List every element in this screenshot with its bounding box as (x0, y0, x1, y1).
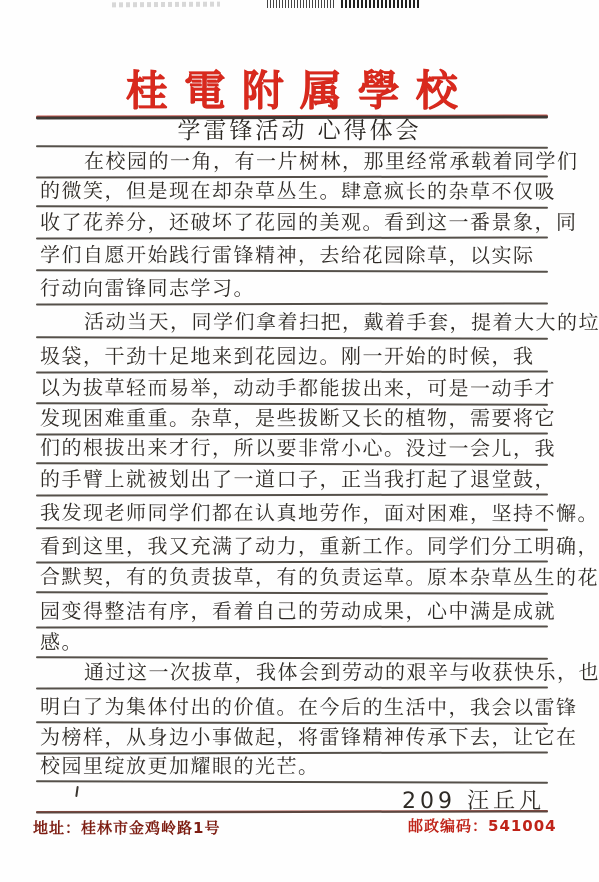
essay-line: 行动向雷锋同志学习。 (40, 275, 255, 301)
stray-pen-mark (75, 786, 79, 797)
barcode-artifact (267, 0, 335, 8)
essay-line: 以为拔草轻而易举，动动手都能拔出来，可是一动手才 (40, 375, 556, 402)
essay-line: 园变得整洁有序，看着自己的劳动成果，心中满是成就 (40, 598, 556, 624)
scanned-essay-page: 桂電附属學校 学雷锋活动 心得体会 在校园的一角，有一片树林，那里经常承载着同学… (0, 0, 599, 882)
essay-line: 发现困难重重。杂草，是些拔断又长的植物，需要将它 (40, 405, 556, 431)
essay-line: 的手臂上就被划出了一道口子，正当我打起了退堂鼓， (40, 466, 556, 492)
ruled-line (36, 686, 548, 689)
ruled-line (36, 591, 548, 595)
essay-line: 们的根拔出来才行，所以要非常小心。没过一会儿，我 (40, 435, 556, 462)
essay-line: 我发现老师同学们都在认真地劳作，面对困难，坚持不懈。 (40, 500, 599, 527)
footer-postcode: 邮政编码：541004 (408, 815, 557, 836)
ruled-line (36, 527, 548, 531)
essay-line: 校园里绽放更加耀眼的光芒。 (40, 753, 320, 779)
ruled-line (36, 625, 548, 628)
essay-line: 感。 (40, 629, 83, 655)
essay-title: 学雷锋活动 心得体会 (0, 118, 599, 144)
essay-line: 合默契，有的负责拔草，有的负责运草。原本杂草丛生的花 (40, 564, 599, 591)
essay-line: 圾袋，干劲十足地来到花园边。刚一开始的时候，我 (40, 343, 535, 369)
essay-line: 明白了为集体付出的价值。在今后的生活中，我会以雷锋 (40, 694, 578, 721)
essay-line: 的微笑，但是现在却杂草丛生。肆意疯长的杂草不仅吸 (40, 178, 556, 205)
school-name-letterhead: 桂電附属學校 (0, 58, 599, 118)
essay-line: 活动当天，同学们拿着扫把，戴着手套，提着大大的垃 (84, 309, 599, 336)
ruled-line (36, 236, 548, 239)
essay-line: 看到这里，我又充满了动力，重新工作。同学们分工明确，配 (40, 533, 599, 559)
ruled-line (36, 269, 548, 273)
ruled-line (36, 370, 548, 373)
ruled-line (36, 336, 548, 340)
essay-line: 为榜样，从身边小事做起，将雷锋精神传承下去，让它在 (40, 724, 578, 750)
ruled-line (36, 302, 548, 305)
footer-address: 地址：桂林市金鸡岭路1号 (33, 817, 220, 838)
ruled-line (36, 493, 548, 496)
essay-line: 学们自愿开始践行雷锋精神，去给花园除草，以实际 (40, 242, 535, 269)
signature: 209 汪丘凡 (402, 784, 545, 815)
essay-line: 在校园的一角，有一片树林，那里经常承载着同学们 (84, 148, 579, 174)
barcode-artifact (341, 0, 421, 8)
scan-scribble-artifact (112, 2, 220, 8)
essay-line: 通过这一次拔草，我体会到劳动的艰辛与收获快乐，也 (84, 659, 599, 685)
essay-line: 收了花养分，还破坏了花园的美观。看到这一番景象，同 (40, 209, 578, 235)
